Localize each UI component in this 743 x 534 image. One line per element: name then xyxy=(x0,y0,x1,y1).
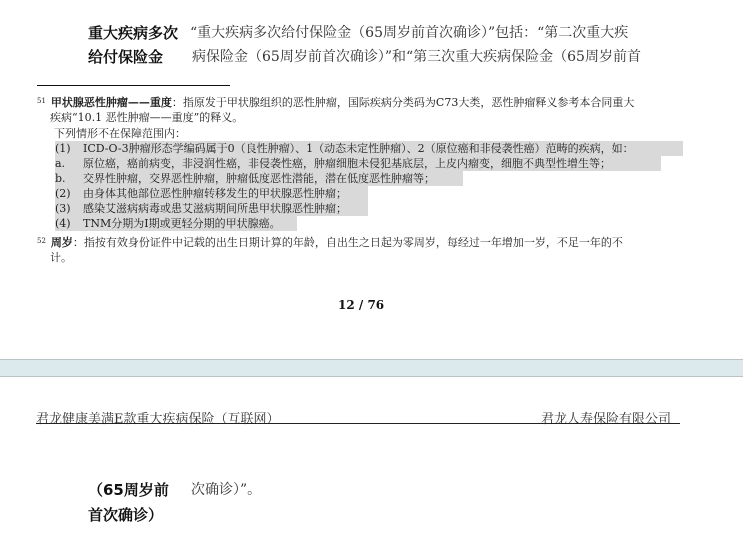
page-separator xyxy=(0,359,743,377)
exclusion-item: (2)由身体其他部位恶性肿瘤转移发生的甲状腺恶性肿瘤； xyxy=(55,186,368,201)
exclusion-item: (3)感染艾滋病病毒或患艾滋病期间所患甲状腺恶性肿瘤； xyxy=(55,201,368,216)
term-label-continued-line2: 首次确诊） xyxy=(88,504,163,525)
definition-continued: 次确诊）”。 xyxy=(191,479,261,499)
footnote-text: ：指原发于甲状腺组织的恶性肿瘤，国际疾病分类码为C73大类，恶性肿瘤释义参考本合… xyxy=(172,96,634,109)
footnote-52-line2: 计。 xyxy=(50,249,72,265)
footnote-51-line1: 51甲状腺恶性肿瘤——重度：指原发于甲状腺组织的恶性肿瘤，国际疾病分类码为C73… xyxy=(37,94,634,110)
term-label-continued-line1: （65周岁前 xyxy=(88,479,169,500)
exclusion-item: b.交界性肿瘤，交界恶性肿瘤，肿瘤低度恶性潜能，潜在低度恶性肿瘤等； xyxy=(55,171,463,186)
footnote-number: 51 xyxy=(37,97,46,105)
footnote-51-line2: 疾病“10.1 恶性肿瘤——重度”的释义。 xyxy=(50,109,243,125)
definition-line2: 病保险金（65周岁前首次确诊）”和“第三次重大疾病保险金（65周岁前首 xyxy=(192,46,641,66)
footnote-text: ：指按有效身份证件中记载的出生日期计算的年龄，自出生之日起为零周岁，每经过一年增… xyxy=(73,236,623,249)
term-label-line2: 给付保险金 xyxy=(88,46,163,67)
footnote-term: 周岁 xyxy=(51,236,73,249)
header-rule xyxy=(36,423,680,424)
footnote-52-line1: 52周岁：指按有效身份证件中记载的出生日期计算的年龄，自出生之日起为零周岁，每经… xyxy=(37,234,623,250)
exclusion-item: (4)TNM分期为I期或更轻分期的甲状腺癌。 xyxy=(55,216,297,231)
exclusion-item: a.原位癌，癌前病变，非浸润性癌，非侵袭性癌，肿瘤细胞未侵犯基底层，上皮内瘤变，… xyxy=(55,156,661,171)
page-header-company: 君龙人寿保险有限公司 xyxy=(541,408,671,427)
definition-line1: “重大疾病多次给付保险金（65周岁前首次确诊）”包括：“第二次重大疾 xyxy=(190,22,628,42)
footnote-number: 52 xyxy=(37,237,46,245)
exclusion-intro: 下列情形不在保障范围内： xyxy=(54,125,186,141)
page-header-product: 君龙健康美满E款重大疾病保险（互联网） xyxy=(36,408,280,427)
exclusion-item: (1)ICD-O-3肿瘤形态学编码属于0（良性肿瘤）、1（动态未定性肿瘤）、2（… xyxy=(55,141,683,156)
footnote-separator xyxy=(37,85,230,86)
page-number: 12 / 76 xyxy=(338,298,384,312)
footnote-term: 甲状腺恶性肿瘤——重度 xyxy=(51,96,172,109)
term-label-line1: 重大疾病多次 xyxy=(88,22,178,43)
